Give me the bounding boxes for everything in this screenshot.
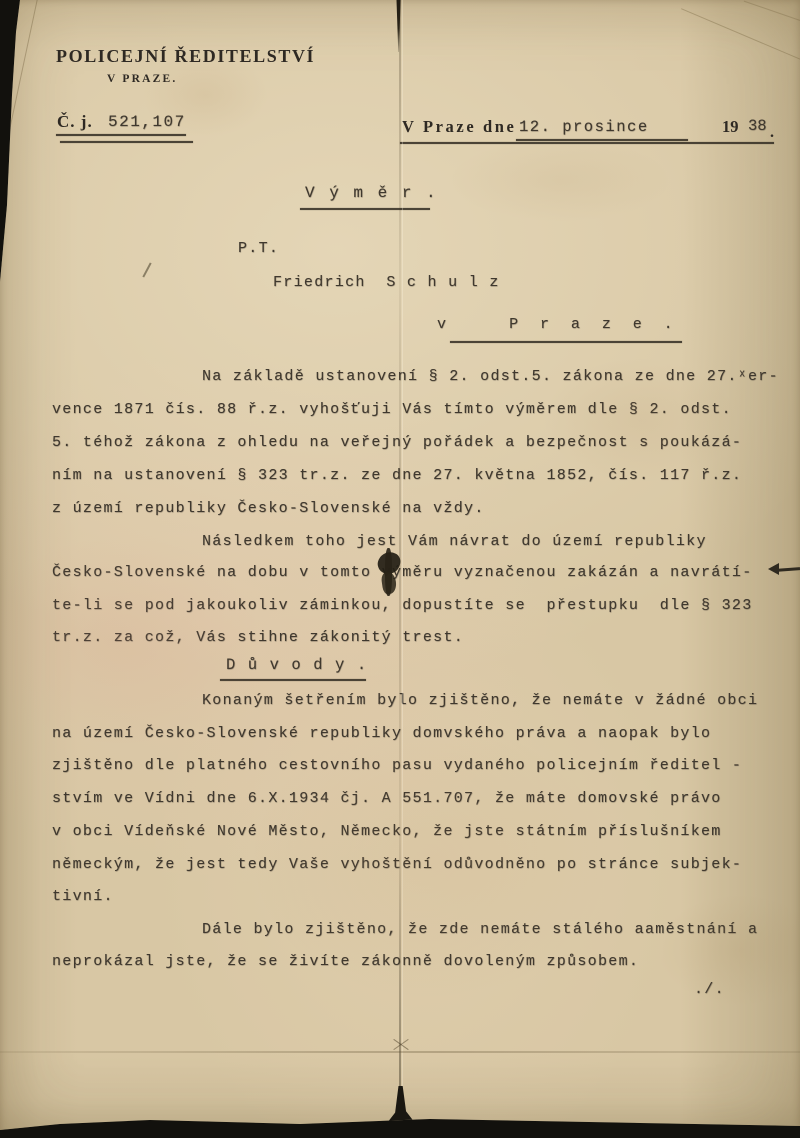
body-line: zjištěno dle platného cestovního pasu vy… [52,757,742,774]
margin-arrow-head [768,563,779,575]
body-line: neprokázal jste, že se živíte zákonně do… [52,953,639,970]
dateline-printed-year: 19 [722,117,739,137]
body-line: ním na ustanovení § 323 tr.z. ze dne 27.… [52,467,742,484]
salutation: P.T. [238,240,279,257]
body-line: Následkem toho jest Vám návrat do území … [52,533,707,550]
addressee-place-underline [450,341,682,343]
scanned-document: POLICEJNÍ ŘEDITELSTVÍ V PRAZE. Č. j. 521… [0,0,800,1138]
subject-underline [300,208,430,210]
letterhead-organization: POLICEJNÍ ŘEDITELSTVÍ [56,46,315,67]
top-right-corner-crease [744,1,800,25]
body-line: 5. téhož zákona z ohledu na veřejný pořá… [52,434,742,451]
body-line: německým, že jest tedy Vaše vyhoštění od… [52,856,742,873]
body-line: Česko-Slovenské na dobu v tomto výměru v… [52,564,753,581]
body-line: vence 1871 čís. 88 ř.z. vyhošťuji Vás tí… [52,401,732,418]
body-line: tr.z. za což, Vás stihne zákonitý trest. [52,629,464,646]
reference-underline-1 [56,134,186,136]
ink-stroke-top-fold [396,0,401,52]
addressee-name: Friedrich S c h u l z [273,274,500,291]
paper-sheet: POLICEJNÍ ŘEDITELSTVÍ V PRAZE. Č. j. 521… [0,0,800,1138]
subject-title: V ý m ě r . [305,184,438,202]
dateline-typed-year: 38 [748,117,767,135]
dateline-typed-underline [516,139,688,141]
pen-tick-mark [142,262,151,277]
reasons-underline [220,679,366,681]
dateline-underline [400,142,774,144]
scratch-mark [393,1039,408,1050]
body-line: na území Česko-Slovenské republiky domvs… [52,725,711,742]
body-line: v obci Vídeňské Nové Město, Německo, že … [52,823,722,840]
body-line: Na základě ustanovení § 2. odst.5. zákon… [52,368,779,385]
dateline-period: . [770,124,774,142]
dateline-printed-prefix: V Praze dne [402,117,516,137]
letterhead-place: V PRAZE. [107,73,177,85]
reasons-heading: D ů v o d y . [226,656,368,674]
scratch-mark [393,1039,408,1050]
reference-label: Č. j. [57,112,93,132]
body-line: z území republiky Česko-Slovenské na vžd… [52,500,485,517]
body-line: te-li se pod jakoukoliv záminkou, dopust… [52,597,753,614]
reference-underline-2 [60,141,193,143]
body-line: tivní. [52,888,114,905]
body-line: Konaným šetřením bylo zjištěno, že nemát… [52,692,758,709]
margin-arrow-mark [776,567,800,571]
body-line: Dále bylo zjištěno, že zde nemáte stáléh… [52,921,758,938]
horizontal-fold-crease [0,1051,800,1053]
top-left-crease [6,0,38,142]
body-line: stvím ve Vídni dne 6.X.1934 čj. A 551.70… [52,790,722,807]
dateline-typed-date: 12. prosince [519,118,649,136]
continuation-mark: ./. [694,981,725,998]
reference-number: 521,107 [108,113,186,131]
ink-blot-bottom-fold [380,1086,422,1132]
top-right-crease [681,8,800,60]
addressee-place: v P r a z e . [437,316,674,333]
